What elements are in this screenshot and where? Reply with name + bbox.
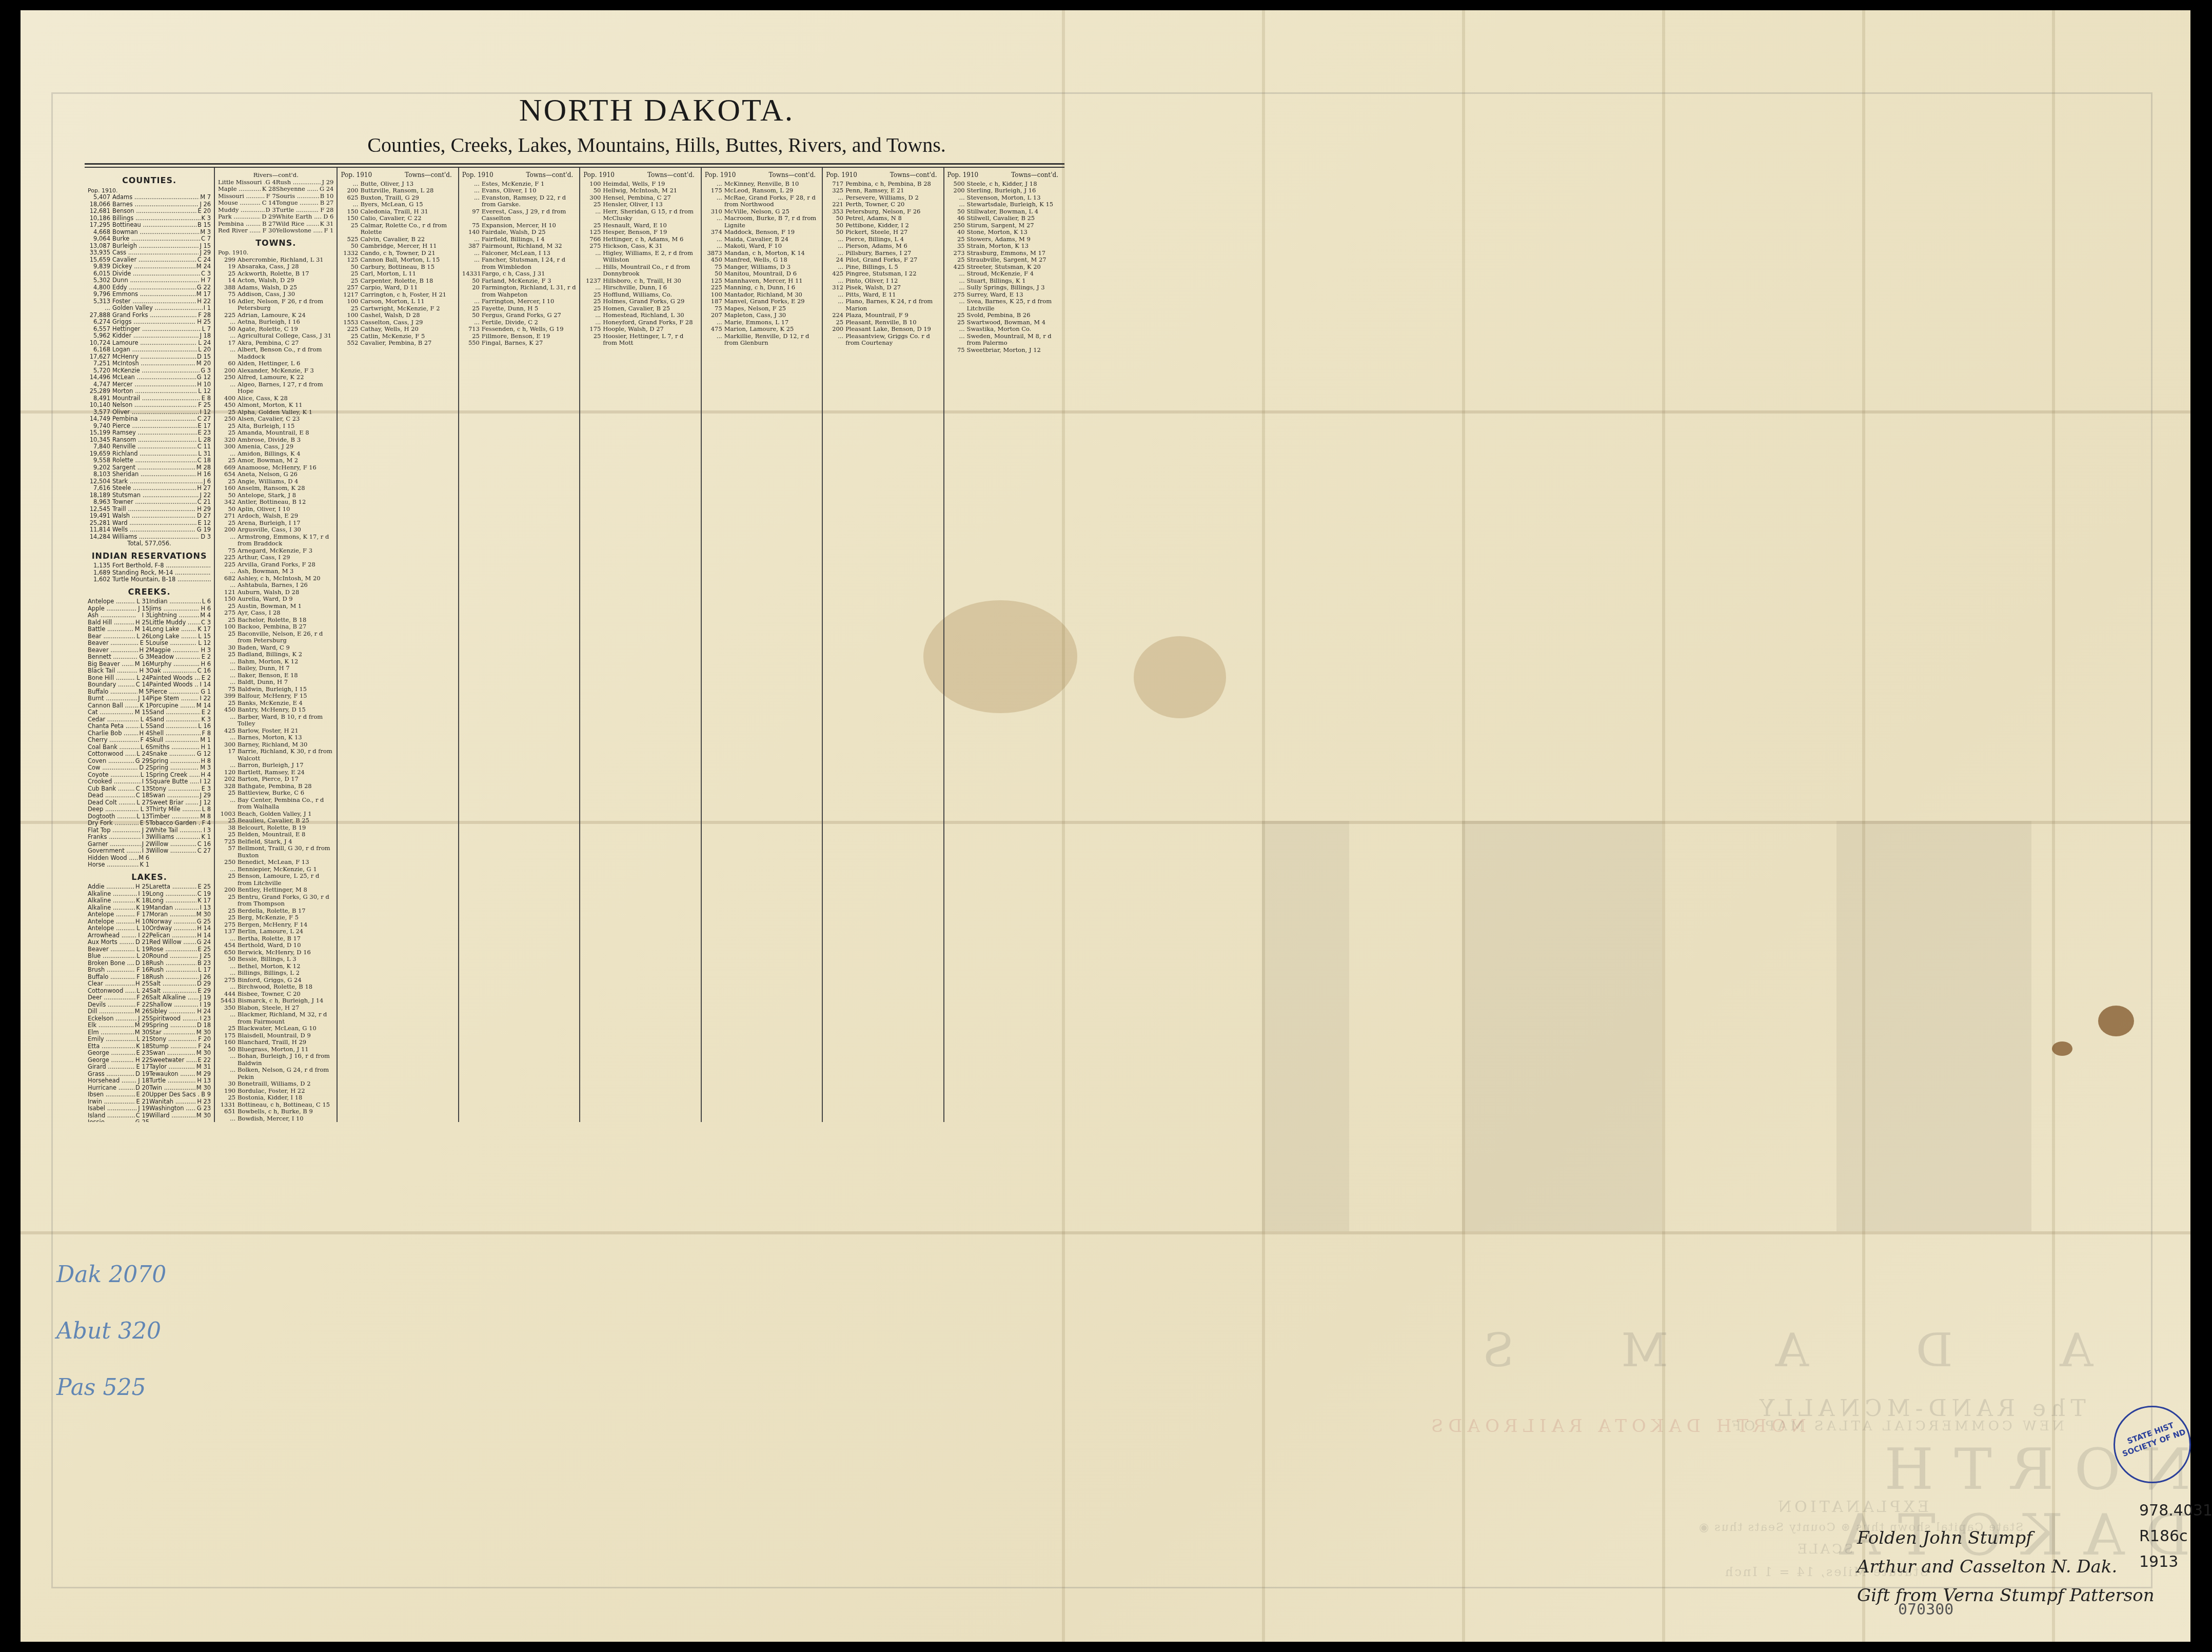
town-description: Aneta, Nelson, G 26 (238, 471, 333, 478)
population-value: 50 (826, 215, 845, 222)
list-item: BennettG 3 (88, 654, 149, 661)
page-title: NORTH DAKOTA. (249, 92, 1064, 129)
town-entry: ...Aetna, Burleigh, I 16 (218, 319, 333, 326)
town-description: Bentru, Grand Forks, G 30, r d from Thom… (238, 894, 333, 908)
town-description: Cashel, Walsh, D 28 (360, 312, 455, 319)
population-value: ... (826, 250, 845, 257)
place-name: Snake (149, 751, 196, 758)
list-item: WanitahH 23 (149, 1098, 211, 1106)
population-value: 225 (341, 326, 360, 333)
grid-reference: L 26 (135, 633, 149, 640)
list-item: HurricaneD 20 (88, 1085, 149, 1092)
population-value: 50 (218, 492, 238, 499)
list-item: HorseK 1 (88, 861, 149, 869)
place-name: Arrowhead (88, 932, 137, 939)
town-description: Stirum, Sargent, M 27 (967, 222, 1061, 229)
population-value: 25 (218, 270, 238, 278)
town-entry: ...Byers, McLean, G 15 (341, 201, 455, 208)
place-name: Cub Bank (88, 785, 135, 793)
grid-reference: M 5 (137, 689, 149, 696)
grid-reference: H 4 (200, 772, 211, 779)
population-value: 725 (218, 838, 238, 845)
town-entry: 388Adams, Walsh, D 25 (218, 284, 333, 291)
place-name: Buffalo (88, 689, 137, 696)
town-description: Hoosier, Hettinger, L 7, r d from Mott (603, 333, 697, 347)
town-entry: 225Manning, c h, Dunn, I 6 (705, 284, 819, 291)
place-name: Aux Morts (88, 939, 134, 946)
population-value: 50 (218, 1046, 238, 1053)
list-item: Tobacco GardenF 4 (149, 820, 211, 827)
list-item: AlkalineI 19 (88, 891, 149, 898)
population-value: 97 (462, 208, 482, 222)
grid-reference: G 1 (200, 689, 211, 696)
town-entry: ...Markillie, Renville, D 12, r d from G… (705, 333, 819, 347)
place-name: Painted Woods (149, 681, 199, 689)
place-name: Horsehead (88, 1077, 137, 1085)
town-description: Berg, McKenzie, F 5 (238, 914, 333, 921)
place-name: Grand Forks (112, 312, 197, 319)
list-item: 5,313FosterH 22 (88, 298, 211, 305)
place-name: Star (149, 1029, 195, 1036)
town-description: Baden, Ward, C 9 (238, 644, 333, 652)
grid-reference: G 19 (196, 526, 211, 534)
list-item: SnakeG 12 (149, 751, 211, 758)
list-item: SaltD 29 (149, 980, 211, 988)
place-name: Grass (88, 1071, 134, 1078)
population-value: 275 (947, 291, 967, 299)
place-name: Eddy (112, 284, 196, 291)
population-value: ... (583, 319, 603, 326)
population-value: ... (947, 284, 967, 291)
grid-reference: J 14 (137, 695, 149, 702)
grid-reference: F 16 (135, 967, 149, 974)
population-value: 14331 (462, 270, 482, 278)
population-value: 200 (218, 526, 238, 534)
place-name: Burleigh (112, 243, 199, 250)
place-name: Rush (276, 179, 321, 186)
town-entry: ...Stuart, Billings, K 1 (947, 278, 1061, 285)
fold-line (21, 1231, 2190, 1234)
town-description: Penn, Ramsey, E 21 (845, 187, 940, 194)
fold-line (1662, 10, 1665, 1642)
town-entry: 450Almont, Morton, K 11 (218, 402, 333, 409)
population-value: 190 (218, 1088, 238, 1095)
population-value: ... (341, 201, 360, 208)
list-item: BearL 26 (88, 633, 149, 640)
town-entry: ...Armstrong, Emmons, K 17, r d from Bra… (218, 534, 333, 547)
population-value: 175 (583, 326, 603, 333)
population-value: 388 (218, 284, 238, 291)
population-value: 14 (218, 277, 238, 284)
population-value: 140 (462, 229, 482, 236)
town-description: Manger, Williams, D 3 (724, 264, 819, 271)
grid-reference: F 18 (135, 974, 149, 981)
list-item: Coal BankL 6 (88, 744, 149, 751)
population-value: ... (583, 312, 603, 319)
place-name: White Tail (149, 827, 203, 834)
list-item: Painted WoodsI 14 (149, 681, 211, 689)
population-value: 25 (218, 908, 238, 915)
place-name: Cherry (88, 737, 139, 744)
place-name: Lightning (149, 612, 199, 619)
town-entry: ...Blackmer, Richland, M 32, r d from Fa… (218, 1011, 333, 1025)
place-name: Souris (276, 193, 319, 200)
town-entry: 150Calio, Cavalier, C 22 (341, 215, 455, 222)
town-entry: ...Makoti, Ward, F 10 (705, 243, 819, 250)
town-entry: 16Adler, Nelson, F 26, r d from Petersbu… (218, 298, 333, 312)
grid-reference: L 13 (135, 813, 149, 820)
list-item: Hidden WoodM 6 (88, 855, 149, 862)
list-item: CottonwoodL 24 (88, 751, 149, 758)
population-value: 225 (218, 554, 238, 561)
town-description: Mapleton, Cass, J 30 (724, 312, 819, 319)
population-value: ... (947, 194, 967, 202)
grid-reference: C 21 (196, 499, 211, 506)
population-value: ... (462, 319, 482, 326)
town-description: Berthold, Ward, D 10 (238, 942, 333, 949)
grid-reference: L 31 (197, 450, 211, 458)
population-value: 10,186 (88, 215, 112, 222)
grid-reference: C 16 (196, 667, 211, 675)
population-value: 25 (947, 312, 967, 319)
place-name: Yellowstone (276, 227, 323, 234)
town-description: Balfour, McHenry, F 15 (238, 693, 333, 700)
grid-reference: D 19 (134, 1071, 149, 1078)
gazetteer-index: NORTH DAKOTA. Counties, Creeks, Lakes, M… (85, 92, 1064, 1122)
town-entry: 25Angie, Williams, D 4 (218, 478, 333, 485)
place-name: Willow (149, 848, 196, 855)
town-description: Fingal, Barnes, K 27 (482, 340, 576, 347)
population-value: ... (826, 298, 845, 312)
town-description: Cartwright, McKenzie, F 2 (360, 305, 455, 312)
town-description: Berlin, Lamoure, L 24 (238, 928, 333, 935)
towns-list: 500Steele, c h, Kidder, J 18200Sterling,… (947, 181, 1061, 354)
town-description: Carpenter, Rolette, B 18 (360, 278, 455, 285)
place-name: Indian (149, 598, 201, 605)
grid-reference: B 10 (319, 193, 334, 200)
population-value: ... (218, 970, 238, 977)
grid-reference: D 6 (322, 213, 333, 221)
town-entry: 97Everest, Cass, J 29, r d from Casselto… (462, 208, 576, 222)
grid-reference: L 1 (140, 772, 149, 779)
grid-reference: L 4 (140, 716, 149, 723)
list-item: 25,281WardE 12 (88, 520, 211, 527)
population-value: 425 (947, 264, 967, 271)
grid-reference: G 29 (134, 758, 149, 765)
call-number-line: 978.4031 (2139, 1498, 2212, 1524)
town-entry: 25Swartwood, Bowman, M 4 (947, 319, 1061, 326)
town-description: Bohan, Burleigh, J 16, r d from Baldwin (238, 1053, 333, 1067)
place-name: Government (88, 848, 141, 855)
place-name: Emily (88, 1036, 135, 1043)
grid-reference: F 4 (201, 820, 211, 827)
population-value: ... (583, 250, 603, 264)
town-entry: 100Mantador, Richland, M 30 (705, 291, 819, 299)
list-item: 17,295BottineauB 15 (88, 222, 211, 229)
grid-reference: D 2 (138, 764, 149, 772)
place-name: Ordway (149, 925, 196, 932)
grid-reference: E 22 (197, 1057, 211, 1064)
town-description: Alfred, Lamoure, K 22 (238, 374, 333, 381)
town-entry: 30Baden, Ward, C 9 (218, 644, 333, 652)
population-value: ... (218, 734, 238, 741)
grid-reference: G 12 (196, 374, 211, 381)
town-description: Berwick, McHenry, D 16 (238, 949, 333, 956)
town-entry: 654Aneta, Nelson, G 26 (218, 471, 333, 478)
section-heading-reservations: INDIAN RESERVATIONS (88, 553, 211, 560)
town-entry: 25Alta, Burleigh, I 15 (218, 423, 333, 430)
population-value: 57 (218, 845, 238, 859)
section-heading-lakes: LAKES. (88, 874, 211, 881)
list-item: StumpF 24 (149, 1043, 211, 1050)
town-description: Fayette, Dunn, H 5 (482, 305, 576, 312)
list-item: 9,839DickeyM 24 (88, 263, 211, 270)
population-value: 50 (583, 187, 603, 194)
population-value: 25 (218, 914, 238, 921)
town-entry: ...Honeyford, Grand Forks, F 28 (583, 319, 697, 326)
population-value: 19,659 (88, 450, 112, 458)
provenance-line: Arthur and Casselton N. Dak. (1857, 1552, 2155, 1581)
place-name: Traill (112, 506, 196, 513)
town-description: Hillsboro, c h, Traill, H 30 (603, 278, 697, 285)
place-name: Mouse (218, 200, 261, 207)
section-heading-counties: COUNTIES. (88, 177, 211, 184)
town-entry: 60Alden, Hettinger, L 6 (218, 360, 333, 367)
place-name: Flat Top (88, 827, 141, 834)
pop-label: Pop. 1910 (462, 172, 493, 179)
town-entry: 50Aplin, Oliver, I 10 (218, 506, 333, 513)
population-value: 1,602 (88, 576, 112, 583)
population-value: 250 (218, 416, 238, 423)
population-value: 50 (947, 208, 967, 215)
list-item: AddieH 25 (88, 883, 149, 891)
grid-reference: L 20 (135, 953, 149, 960)
town-entry: 25Hesnault, Ward, E 10 (583, 222, 697, 229)
place-name: Steele (112, 485, 196, 492)
list-item: 15,199RamseyE 23 (88, 429, 211, 437)
list-item: 19,491WalshD 27 (88, 513, 211, 520)
town-description: Barton, Pierce, D 17 (238, 776, 333, 783)
place-name: Tewaukon (149, 1071, 195, 1078)
population-value: 550 (462, 340, 482, 347)
town-entry: 682Ashley, c h, McIntosh, M 20 (218, 575, 333, 582)
list-item: RushJ 29 (276, 179, 334, 186)
list-item: Black TailH 3 (88, 667, 149, 675)
town-entry: 25Belden, Mountrail, E 8 (218, 831, 333, 838)
place-name: Irwin (88, 1098, 135, 1106)
town-description: Bellmont, Traill, G 30, r d from Buxton (238, 845, 333, 859)
grid-reference: M 31 (195, 1064, 211, 1071)
town-entry: ...Agricultural College, Cass, J 31 (218, 332, 333, 340)
town-description: Hofflund, Williams, Co. (603, 291, 697, 299)
population-value: 300 (218, 443, 238, 450)
grid-reference: F 4 (139, 737, 149, 744)
population-value: ... (218, 714, 238, 727)
town-description: Calvin, Cavalier, B 22 (360, 236, 455, 243)
grid-reference: H 14 (196, 932, 211, 939)
town-description: Stroud, McKenzie, F 4 (967, 270, 1061, 278)
town-description: Sully Springs, Billings, J 3 (967, 284, 1061, 291)
grid-reference: M 4 (199, 612, 211, 619)
list-item: PelicanH 14 (149, 932, 211, 939)
population-value: 150 (341, 215, 360, 222)
place-name: Big Beaver (88, 661, 134, 668)
grid-reference: C 13 (135, 785, 149, 793)
town-entry: 25Battleview, Burke, C 6 (218, 790, 333, 797)
place-name: Sand (149, 723, 197, 730)
town-entry: 725Belfield, Stark, J 4 (218, 838, 333, 845)
place-name: Dickey (112, 263, 195, 270)
town-entry: ...Pine, Billings, L 5 (826, 264, 940, 271)
town-description: Stowers, Adams, M 9 (967, 236, 1061, 243)
town-description: Belfield, Stark, J 4 (238, 838, 333, 845)
town-description: Manvel, Grand Forks, E 29 (724, 298, 819, 305)
town-entry: 275Bergen, McHenry, F 14 (218, 921, 333, 929)
town-description: Caledonia, Traill, H 31 (360, 208, 455, 215)
population-value: 1217 (341, 291, 360, 299)
place-name: Dunn (112, 277, 200, 284)
town-entry: 669Anamoose, McHenry, F 16 (218, 464, 333, 471)
town-entry: 25Carl, Morton, L 11 (341, 270, 455, 278)
place-name: Cow (88, 764, 138, 772)
town-description: Benedict, McLean, F 13 (238, 859, 333, 866)
town-entry: ...Bailey, Dunn, H 7 (218, 665, 333, 672)
population-value: 5,313 (88, 298, 112, 305)
town-entry: 137Berlin, Lamoure, L 24 (218, 928, 333, 935)
double-rule (85, 163, 1064, 168)
town-description: Maida, Cavalier, B 24 (724, 236, 819, 243)
list-item: Cannon BallK 1 (88, 702, 149, 710)
town-entry: 40Stone, Morton, K 13 (947, 229, 1061, 236)
town-description: Pleasant, Renville, B 10 (845, 319, 940, 326)
town-entry: 100Carson, Morton, L 11 (341, 298, 455, 305)
pop-label: Pop. 1910 (947, 172, 979, 179)
grid-reference: E 23 (197, 429, 211, 437)
place-name: Jessie (88, 1119, 134, 1122)
population-value: ... (218, 679, 238, 686)
place-name: Ibsen (88, 1091, 135, 1098)
population-value: 10,140 (88, 402, 112, 409)
list-item: 7,840RenvilleC 11 (88, 443, 211, 450)
town-description: Pine, Billings, L 5 (845, 264, 940, 271)
place-name: Chanta Peta (88, 723, 140, 730)
town-entry: ...Fancher, Stutsman, I 24, r d from Wim… (462, 257, 576, 270)
list-item: DevilsF 22 (88, 1001, 149, 1009)
town-description: Bluegrass, Morton, J 11 (238, 1046, 333, 1053)
town-entry: ...Bahm, Morton, K 12 (218, 658, 333, 665)
town-description: Maddock, Benson, F 19 (724, 229, 819, 236)
list-item: Big BeaverM 16 (88, 661, 149, 668)
town-entry: 50Bessie, Billings, L 3 (218, 956, 333, 963)
counties-list: 5,407AdamsM 718,066BarnesJ 2612,681Benso… (88, 194, 211, 540)
population-value: 25 (826, 319, 845, 326)
grid-reference: M 15 (134, 709, 149, 716)
creeks-list: AntelopeL 31AppleJ 15AshI 3Bald HillH 25… (88, 598, 211, 869)
list-item: PembinaB 27 (218, 221, 276, 228)
place-name: Bowman (112, 229, 199, 236)
grid-reference: J 2 (141, 827, 149, 834)
town-entry: 50Pettibone, Kidder, I 2 (826, 222, 940, 229)
town-entry: ...Herr, Sheridan, G 15, r d from McClus… (583, 208, 697, 222)
place-name: Wild Rice (276, 221, 319, 228)
population-value: 200 (218, 367, 238, 375)
town-entry: 250Alfred, Lamoure, K 22 (218, 374, 333, 381)
population-value: 46 (947, 215, 967, 222)
town-description: Blackwater, McLean, G 10 (238, 1025, 333, 1032)
town-description: Falconer, McLean, I 13 (482, 250, 576, 257)
place-name: Garner (88, 841, 141, 848)
town-description: Blabon, Steele, H 27 (238, 1005, 333, 1012)
town-entry: 25Berdella, Rolette, B 17 (218, 908, 333, 915)
town-description: Carl, Morton, L 11 (360, 270, 455, 278)
population-value: 33,935 (88, 249, 112, 257)
grid-reference: L 7 (201, 326, 211, 333)
pop-label: Pop. 1910 (583, 172, 615, 179)
town-description: Fargo, c h, Cass, J 31 (482, 270, 576, 278)
list-item: Red RiverF 30 (218, 227, 276, 234)
place-name: Long (149, 897, 196, 904)
town-entry: 187Manvel, Grand Forks, E 29 (705, 298, 819, 305)
list-item: CatM 15 (88, 709, 149, 716)
place-name: Beaver (88, 946, 135, 953)
grid-reference: H 22 (196, 298, 211, 305)
grid-reference: J 29 (321, 179, 334, 186)
population-value: 121 (218, 589, 238, 596)
population-value: 6,015 (88, 270, 112, 278)
list-item: JessieG 25 (88, 1119, 149, 1122)
town-entry: 25Bostonia, Kidder, I 18 (218, 1094, 333, 1102)
list-item: ElmM 30 (88, 1029, 149, 1036)
population-value: 25 (218, 894, 238, 908)
place-name: Ash (88, 612, 141, 619)
grid-reference: H 3 (138, 667, 149, 675)
grid-reference: B 23 (196, 960, 211, 967)
town-entry: 300Amenia, Cass, J 29 (218, 443, 333, 450)
list-item: SandK 3 (149, 716, 211, 723)
grid-reference: H 6 (200, 605, 211, 613)
place-name: Bald Hill (88, 619, 134, 626)
list-item: Aux MortsD 21 (88, 939, 149, 946)
place-name: Ramsey (112, 429, 197, 437)
list-item: 17,627McHenryD 15 (88, 353, 211, 361)
grid-reference: K 1 (139, 702, 150, 710)
place-name: Skull (149, 737, 199, 744)
town-entry: ...Swastika, Morton Co. (947, 326, 1061, 333)
population-value: ... (218, 1011, 238, 1025)
population-value: 5,720 (88, 367, 112, 375)
list-item: 18,189StutsmanJ 22 (88, 492, 211, 499)
place-name: Adams (112, 194, 199, 201)
town-entry: ...Bowdish, Mercer, I 10 (218, 1115, 333, 1123)
place-name: Morton (112, 388, 197, 395)
town-entry: 425Streeter, Stutsman, K 20 (947, 264, 1061, 271)
population-value: 651 (218, 1108, 238, 1115)
population-value: ... (462, 181, 482, 188)
town-entry: 125Cannon Ball, Morton, L 15 (341, 257, 455, 264)
place-name: Pierce (149, 689, 200, 696)
place-name: Dry Fork (88, 820, 139, 827)
list-item: LarettaE 25 (149, 883, 211, 891)
population-value: 30 (218, 644, 238, 652)
population-value: 125 (583, 229, 603, 236)
town-description: Pierce, Billings, L 4 (845, 236, 940, 243)
place-name: Renville (112, 443, 196, 450)
town-description: Benniepier, McKenzie, G 1 (238, 866, 333, 873)
place-name: Painted Woods (149, 675, 201, 682)
population-value: 25 (218, 1025, 238, 1032)
place-name: Williams (149, 834, 201, 841)
pencil-note: Pas 525 (56, 1360, 166, 1416)
